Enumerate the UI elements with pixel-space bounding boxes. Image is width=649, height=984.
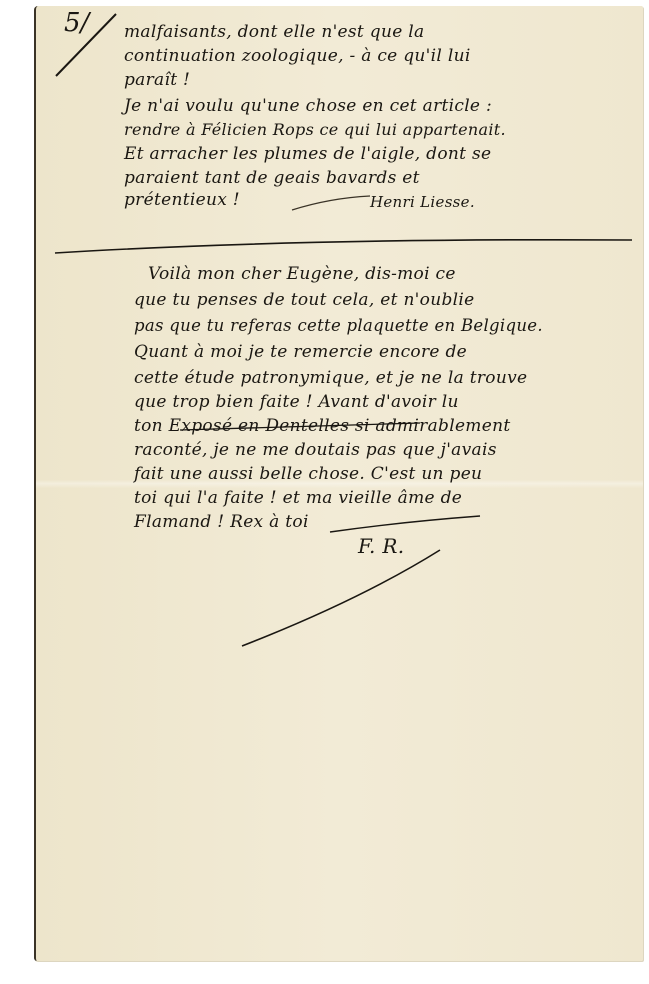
signature-henri-liesse: Henri Liesse. — [370, 190, 475, 214]
text-line: toi qui l'a faite ! et ma vieille âme de — [134, 486, 462, 510]
text-line: Et arracher les plumes de l'aigle, dont … — [124, 142, 491, 166]
text-line: rendre à Félicien Rops ce qui lui appart… — [124, 118, 506, 142]
text-line: pas que tu referas cette plaquette en Be… — [134, 314, 543, 338]
text-line: cette étude patronymique, et je ne la tr… — [134, 366, 527, 390]
text-line: prétentieux ! — [124, 188, 240, 212]
text-line: Flamand ! Rex à toi — [134, 510, 309, 534]
text-line: Voilà mon cher Eugène, dis-moi ce — [148, 262, 456, 286]
text-line: ton Exposé en Dentelles si admirablement — [134, 414, 510, 438]
text-line: fait une aussi belle chose. C'est un peu — [134, 462, 482, 486]
text-line: Quant à moi je te remercie encore de — [134, 340, 467, 364]
text-line: que trop bien faite ! Avant d'avoir lu — [134, 390, 459, 414]
text-line: que tu penses de tout cela, et n'oublie — [134, 288, 474, 312]
page-number: 5/ — [64, 8, 89, 38]
signature-initials: F. R. — [358, 534, 404, 558]
text-line: paraît ! — [124, 68, 190, 92]
text-line: Je n'ai voulu qu'une chose en cet articl… — [124, 94, 492, 118]
text-line: paraient tant de geais bavards et — [124, 166, 420, 190]
text-line: malfaisants, dont elle n'est que la — [124, 20, 424, 44]
text-line: continuation zoologique, - à ce qu'il lu… — [124, 44, 471, 68]
text-line: raconté, je ne me doutais pas que j'avai… — [134, 438, 497, 462]
